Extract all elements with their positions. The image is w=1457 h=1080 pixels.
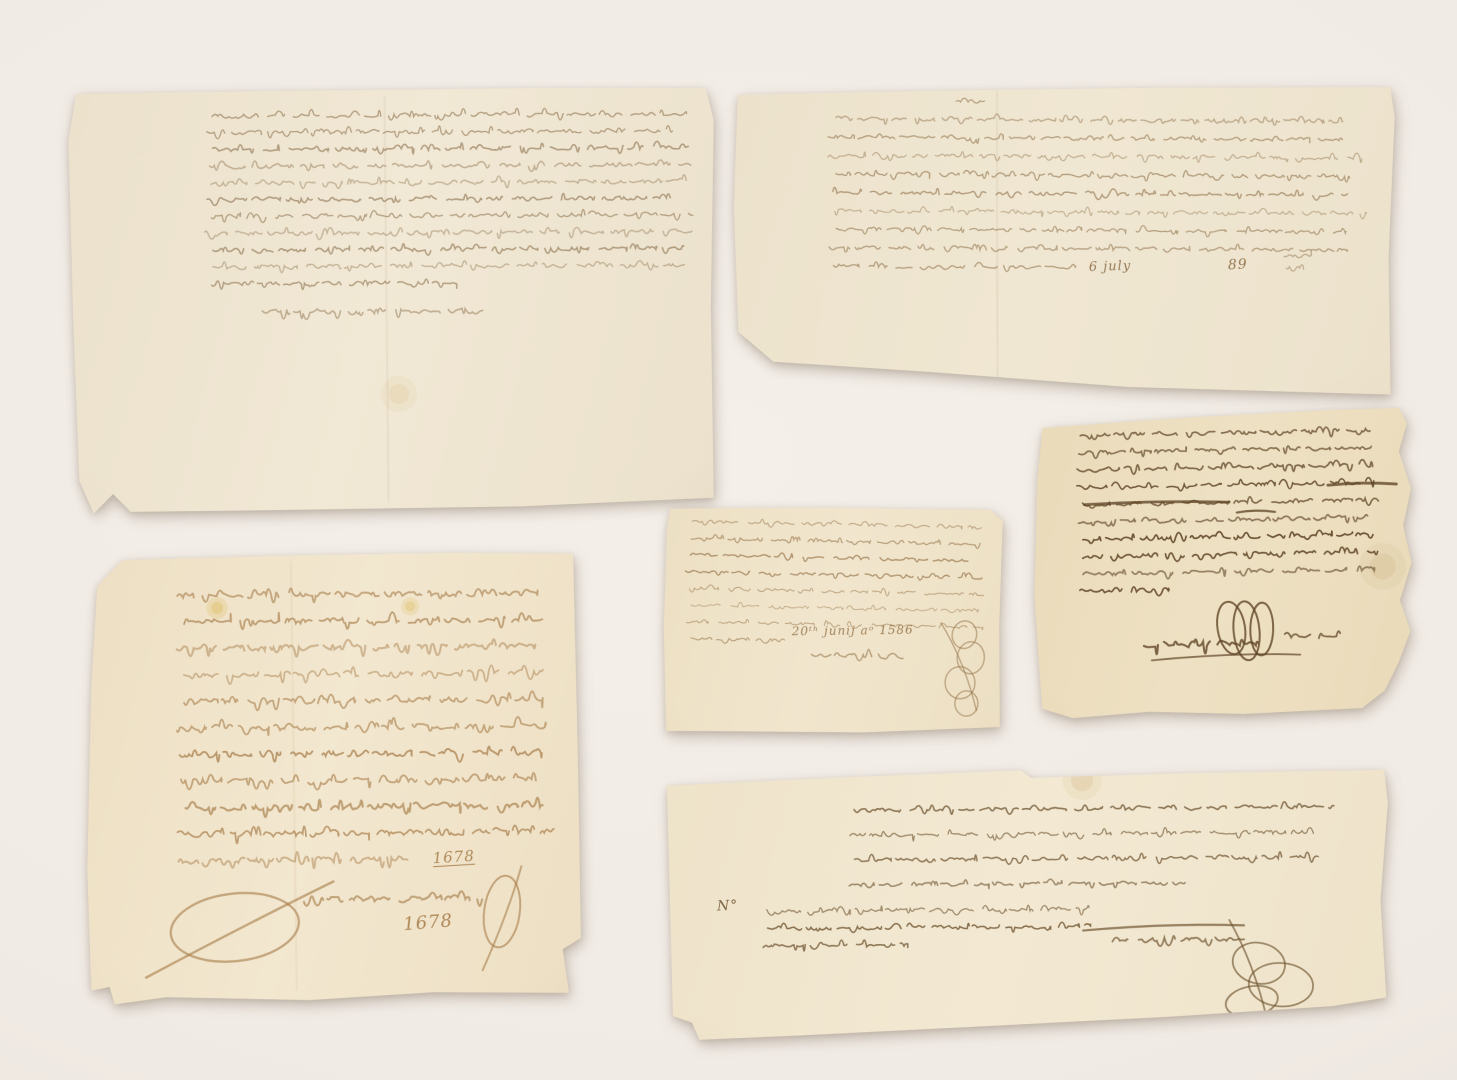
handwriting-layer (83, 551, 582, 1005)
legible-handwriting-fragment: 89 (1228, 258, 1248, 273)
legible-handwriting-fragment: 1678 (402, 912, 453, 934)
legible-handwriting-fragment: 20ᵗʰ junij aᵒ 1586 (792, 623, 914, 637)
manuscript-document-5: 16781678 (83, 551, 582, 1005)
manuscript-document-3 (1029, 405, 1415, 722)
legible-handwriting-fragment: N° (717, 899, 739, 914)
handwriting-layer (67, 86, 717, 514)
paper-sheet-3 (1029, 405, 1415, 722)
manuscript-document-1 (67, 86, 717, 514)
paper-sheet-5: 16781678 (83, 551, 582, 1005)
legible-handwriting-fragment: 1678 (432, 849, 475, 868)
paper-sheet-2: 6 july89 (730, 82, 1395, 397)
photograph-of-manuscripts: Six antique handwritten manuscript recei… (0, 0, 1457, 1080)
manuscript-document-4: 20ᵗʰ junij aᵒ 1586 (661, 502, 1005, 738)
legible-handwriting-fragment: 6 july (1089, 260, 1132, 274)
manuscript-document-2: 6 july89 (730, 82, 1395, 397)
manuscript-document-6: N° (658, 764, 1391, 1040)
paper-sheet-4: 20ᵗʰ junij aᵒ 1586 (661, 502, 1005, 738)
handwriting-layer (658, 764, 1391, 1040)
paper-sheet-6: N° (658, 764, 1391, 1040)
handwriting-layer (1029, 405, 1415, 722)
paper-sheet-1 (67, 86, 717, 514)
handwriting-layer (730, 82, 1395, 397)
handwriting-layer (661, 502, 1005, 738)
